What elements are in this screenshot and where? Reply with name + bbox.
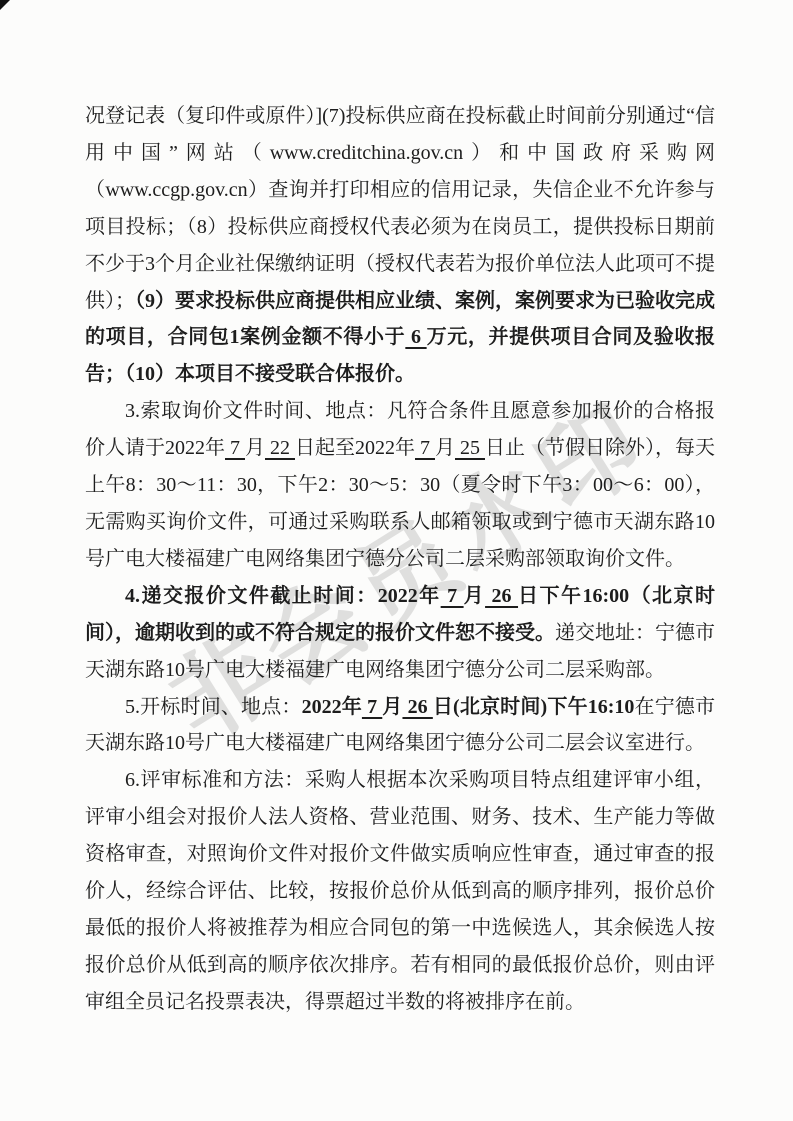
text-segment: 况登记表（复印件或原件）](7)投标供应商在投标截止时间前分别通过“信用中国”网… [85,105,715,312]
text-segment: 4.递交报价文件截止时间：2022年 [125,585,441,607]
text-segment: 月 [245,437,265,459]
text-segment: 6.评审标准和方法：采购人根据本次采购项目特点组建评审小组，评审小组会对报价人法… [85,769,715,1012]
filled-blank-value: 26 [402,696,432,718]
text-segment: 5.开标时间、地点： [125,696,302,718]
paragraph: 5.开标时间、地点：2022年 7 月 26 日(北京时间)下午16:10在宁德… [85,689,715,763]
text-segment: 日起至2022年 [295,437,415,459]
paragraph: 4.递交报价文件截止时间：2022年 7 月 26 日下午16:00（北京时间）… [85,578,715,689]
text-segment: 2022年 [302,696,362,718]
paragraph: 6.评审标准和方法：采购人根据本次采购项目特点组建评审小组，评审小组会对报价人法… [85,762,715,1020]
filled-blank-value: 7 [362,696,382,718]
filled-blank-value: 26 [485,585,518,607]
filled-blank-value: 7 [441,585,464,607]
filled-blank-value: 6 [405,326,426,348]
scanned-document-page: 非会员水印 况登记表（复印件或原件）](7)投标供应商在投标截止时间前分别通过“… [0,0,793,1121]
filled-blank-value: 7 [225,437,245,459]
paragraph: 3.索取询价文件时间、地点：凡符合条件且愿意参加报价的合格报价人请于2022年 … [85,393,715,578]
text-segment: 月 [435,437,455,459]
filled-blank-value: 25 [455,437,485,459]
paragraph: 况登记表（复印件或原件）](7)投标供应商在投标截止时间前分别通过“信用中国”网… [85,98,715,393]
filled-blank-value: 22 [265,437,295,459]
filled-blank-value: 7 [415,437,435,459]
text-segment: 月 [382,696,402,718]
text-segment: 日(北京时间)下午16:10 [433,696,635,718]
document-body: 况登记表（复印件或原件）](7)投标供应商在投标截止时间前分别通过“信用中国”网… [85,98,715,1021]
scan-artifact-corner-mark [0,0,10,10]
text-segment: 月 [464,585,485,607]
